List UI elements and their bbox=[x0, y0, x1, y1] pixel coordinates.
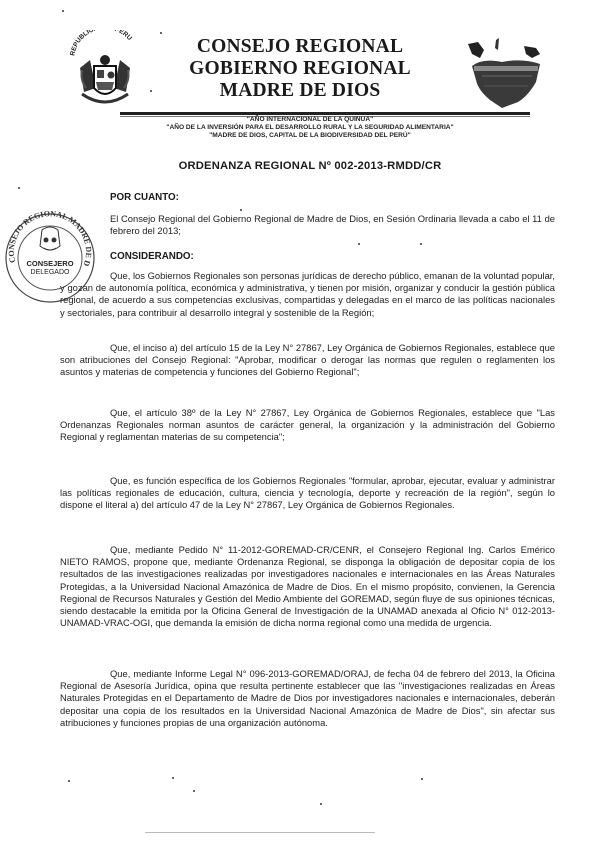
considerando-text-4: Que, es función específica de los Gobier… bbox=[60, 475, 555, 510]
considerando-paragraph-4: Que, es función específica de los Gobier… bbox=[60, 475, 555, 512]
considerando-text-5: Que, mediante Pedido N° 11-2012-GOREMAD-… bbox=[60, 544, 555, 628]
scan-speck bbox=[62, 10, 64, 12]
header-title-line-1: CONSEJO REGIONAL bbox=[160, 36, 440, 58]
madre-de-dios-region-logo-icon bbox=[462, 36, 546, 112]
document-page: REPUBLICA DEL PERU CONSEJO REGIONAL GOBI… bbox=[0, 0, 595, 841]
scan-speck bbox=[68, 780, 70, 782]
considerando-text-3: Que, el artículo 38º de la Ley N° 27867,… bbox=[60, 407, 555, 442]
scan-speck bbox=[160, 32, 162, 34]
considerando-paragraph-6: Que, mediante Informe Legal N° 096-2013-… bbox=[60, 668, 555, 729]
considerando-text-6: Que, mediante Informe Legal N° 096-2013-… bbox=[60, 668, 555, 728]
coat-label: REPUBLICA DEL PERU bbox=[69, 30, 133, 56]
scan-artifact-line bbox=[145, 832, 375, 833]
stamp-inner-text-1: CONSEJERO bbox=[26, 259, 73, 268]
por-cuanto-paragraph: El Consejo Regional del Gobierno Regiona… bbox=[110, 213, 555, 237]
scan-speck bbox=[150, 90, 152, 92]
scan-speck bbox=[320, 803, 322, 805]
scan-speck bbox=[420, 243, 422, 245]
svg-text:REPUBLICA DEL PERU: REPUBLICA DEL PERU bbox=[69, 30, 133, 56]
scan-speck bbox=[421, 778, 423, 780]
scan-speck bbox=[172, 777, 174, 779]
ordinance-title: ORDENANZA REGIONAL Nº 002-2013-RMDD/CR bbox=[100, 160, 520, 172]
header-title-line-2: GOBIERNO REGIONAL bbox=[160, 58, 440, 80]
header-title-line-3: MADRE DE DIOS bbox=[160, 80, 440, 102]
por-cuanto-text: El Consejo Regional del Gobierno Regiona… bbox=[110, 213, 555, 236]
motto-line-1: "AÑO INTERNACIONAL DE LA QUINUA" bbox=[100, 116, 520, 124]
motto-line-2: "AÑO DE LA INVERSIÓN PARA EL DESARROLLO … bbox=[100, 124, 520, 132]
peru-coat-of-arms-icon: REPUBLICA DEL PERU bbox=[66, 30, 144, 112]
scan-speck bbox=[358, 243, 360, 245]
scan-speck bbox=[18, 187, 20, 189]
year-mottos: "AÑO INTERNACIONAL DE LA QUINUA" "AÑO DE… bbox=[100, 116, 520, 140]
considerando-paragraph-1: Que, los Gobiernos Regionales son person… bbox=[60, 270, 555, 319]
scan-speck bbox=[240, 209, 242, 211]
considerando-paragraph-5: Que, mediante Pedido N° 11-2012-GOREMAD-… bbox=[60, 544, 555, 629]
header-title: CONSEJO REGIONAL GOBIERNO REGIONAL MADRE… bbox=[160, 36, 440, 102]
considerando-paragraph-2: Que, el inciso a) del artículo 15 de la … bbox=[60, 342, 555, 379]
header-divider bbox=[120, 112, 530, 115]
considerando-paragraph-3: Que, el artículo 38º de la Ley N° 27867,… bbox=[60, 407, 555, 444]
motto-line-3: "MADRE DE DIOS, CAPITAL DE LA BIODIVERSI… bbox=[100, 132, 520, 140]
considerando-heading: CONSIDERANDO: bbox=[110, 251, 194, 262]
considerando-text-2: Que, el inciso a) del artículo 15 de la … bbox=[60, 342, 555, 377]
por-cuanto-heading: POR CUANTO: bbox=[110, 192, 179, 203]
considerando-text-1: Que, los Gobiernos Regionales son person… bbox=[60, 270, 555, 318]
scan-speck bbox=[193, 790, 195, 792]
